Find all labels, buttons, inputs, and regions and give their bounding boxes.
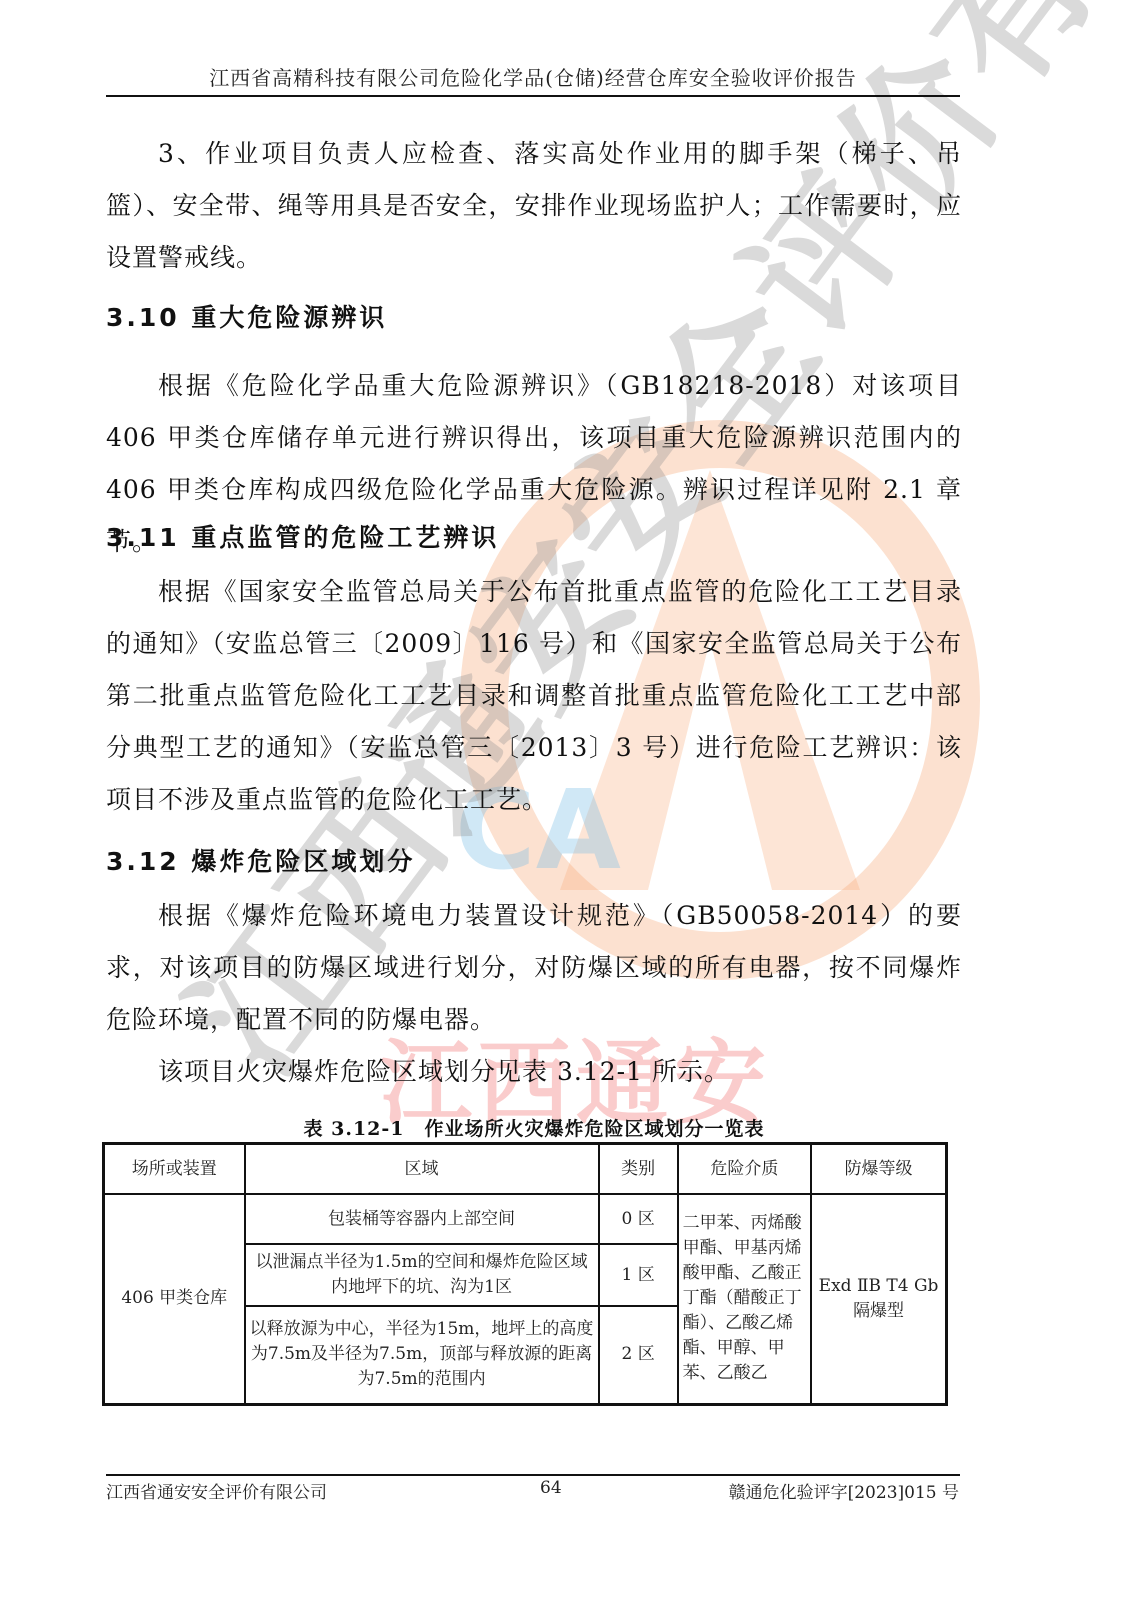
table-header-grade: 防爆等级 bbox=[811, 1144, 946, 1195]
cell-zone: 0 区 bbox=[599, 1194, 678, 1244]
footer-company: 江西省通安安全评价有限公司 bbox=[106, 1478, 327, 1503]
paragraph-3-12-a: 根据《爆炸危险环境电力装置设计规范》（GB50058-2014）的要求，对该项目… bbox=[106, 890, 962, 1046]
footer-rule bbox=[106, 1474, 960, 1476]
grade-line-2: 隔爆型 bbox=[816, 1299, 941, 1324]
cell-grade: Exd ⅡB T4 Gb 隔爆型 bbox=[811, 1194, 946, 1404]
section-heading-3-10: 3.10 重大危险源辨识 bbox=[106, 298, 387, 334]
table-header-medium: 危险介质 bbox=[678, 1144, 811, 1195]
grade-line-1: Exd ⅡB T4 Gb bbox=[816, 1274, 941, 1299]
document-page: CA 江西通安 江西通安安全评价有限公司 江西省高精科技有限公司危险化学品(仓储… bbox=[0, 0, 1129, 1600]
cell-area: 以泄漏点半径为1.5m的空间和爆炸危险区域内地坪下的坑、沟为1区 bbox=[245, 1244, 599, 1306]
footer-doc-number: 赣通危化验评字[2023]015 号 bbox=[729, 1478, 959, 1503]
page-number: 64 bbox=[540, 1478, 562, 1498]
hazard-zone-table: 场所或装置 区域 类别 危险介质 防爆等级 406 甲类仓库 包装桶等容器内上部… bbox=[102, 1142, 948, 1406]
header-rule bbox=[106, 95, 960, 97]
paragraph-3-12-b: 该项目火灾爆炸危险区域划分见表 3.12-1 所示。 bbox=[106, 1046, 962, 1098]
table-header-row: 场所或装置 区域 类别 危险介质 防爆等级 bbox=[104, 1144, 947, 1195]
table-header-zone: 类别 bbox=[599, 1144, 678, 1195]
cell-area: 包装桶等容器内上部空间 bbox=[245, 1194, 599, 1244]
cell-zone: 1 区 bbox=[599, 1244, 678, 1306]
cell-medium: 二甲苯、丙烯酸甲酯、甲基丙烯酸甲酯、乙酸正丁酯（醋酸正丁酯）、乙酸乙烯酯、甲醇、… bbox=[678, 1194, 811, 1404]
paragraph-item3: 3、作业项目负责人应检查、落实高处作业用的脚手架（梯子、吊篮）、安全带、绳等用具… bbox=[106, 128, 962, 284]
table-header-area: 区域 bbox=[245, 1144, 599, 1195]
section-heading-3-12: 3.12 爆炸危险区域划分 bbox=[106, 842, 415, 878]
table-caption: 表 3.12-1 作业场所火灾爆炸危险区域划分一览表 bbox=[106, 1114, 962, 1141]
cell-zone: 2 区 bbox=[599, 1306, 678, 1404]
paragraph-3-11: 根据《国家安全监管总局关于公布首批重点监管的危险化工工艺目录的通知》（安监总管三… bbox=[106, 566, 962, 826]
section-heading-3-11: 3.11 重点监管的危险工艺辨识 bbox=[106, 518, 499, 554]
running-header: 江西省高精科技有限公司危险化学品(仓储)经营仓库安全验收评价报告 bbox=[106, 62, 960, 91]
table-row: 406 甲类仓库 包装桶等容器内上部空间 0 区 二甲苯、丙烯酸甲酯、甲基丙烯酸… bbox=[104, 1194, 947, 1244]
cell-area: 以释放源为中心，半径为15m，地坪上的高度为7.5m及半径为7.5m，顶部与释放… bbox=[245, 1306, 599, 1404]
table-header-place: 场所或装置 bbox=[104, 1144, 245, 1195]
cell-place: 406 甲类仓库 bbox=[104, 1194, 245, 1404]
